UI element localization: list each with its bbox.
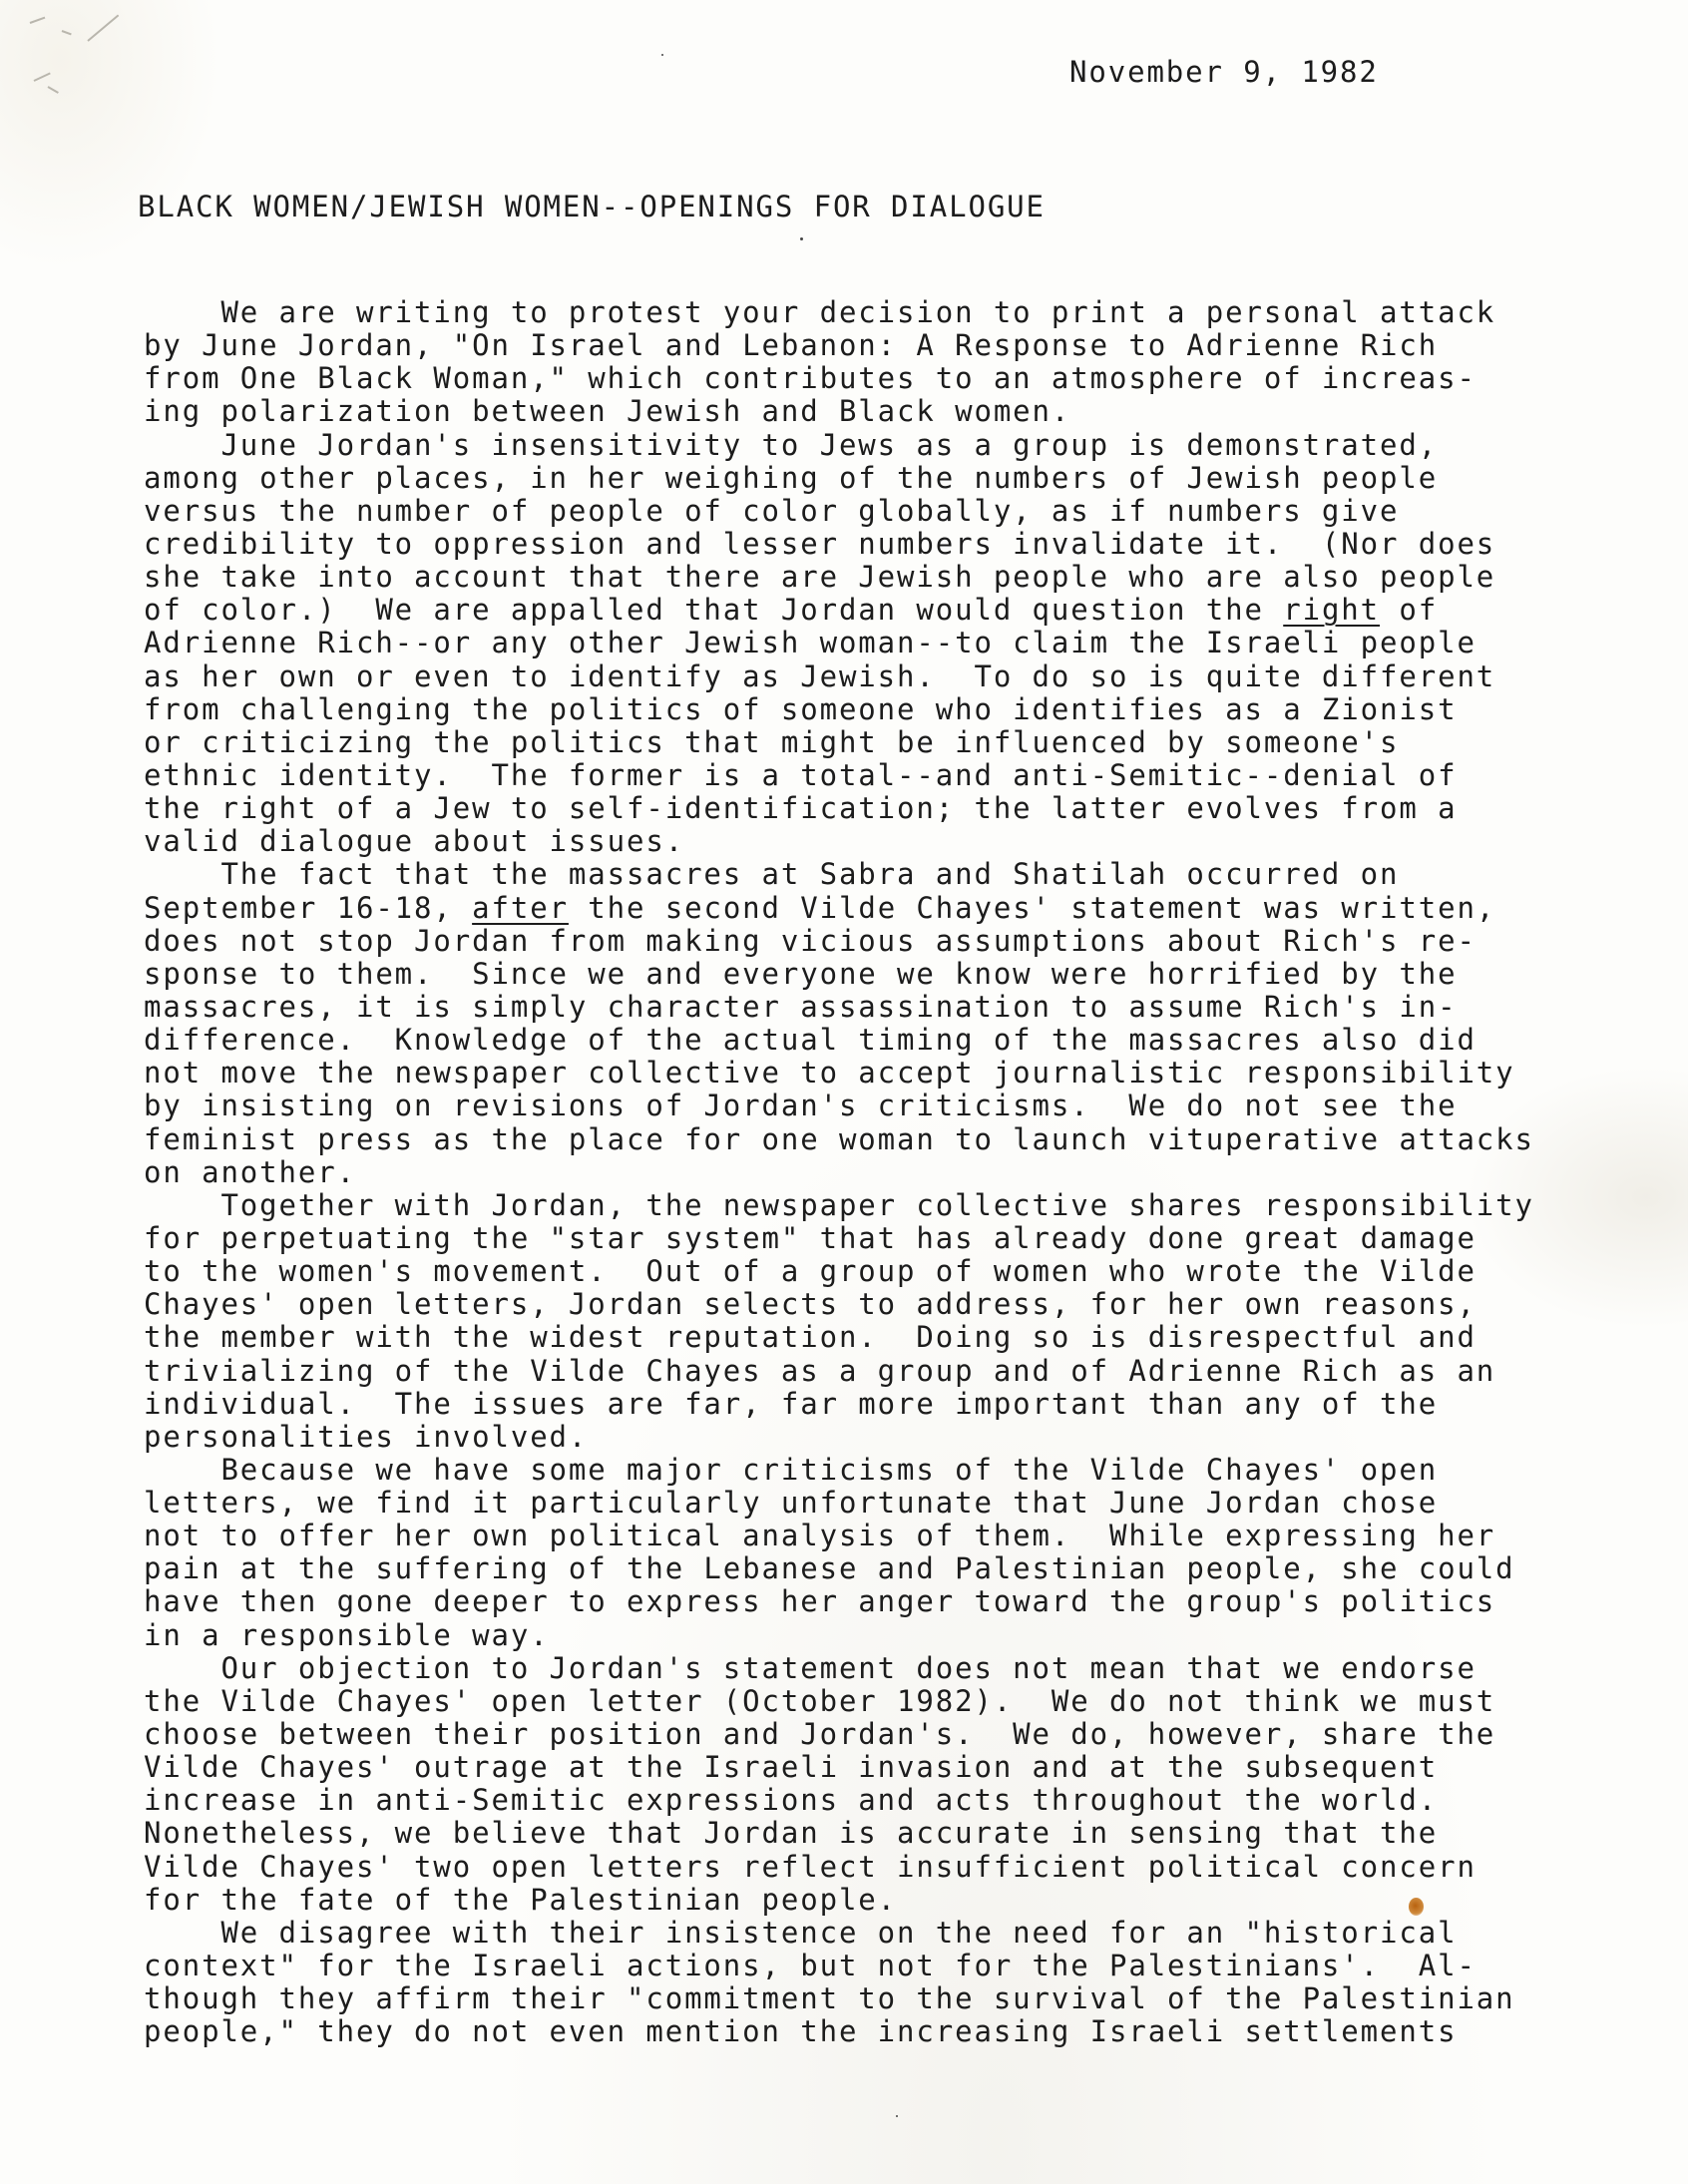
- pencil-mark: [87, 15, 119, 42]
- body-line: by June Jordan, "On Israel and Lebanon: …: [144, 329, 1534, 362]
- body-line: have then gone deeper to express her ang…: [144, 1585, 1534, 1618]
- body-line: people," they do not even mention the in…: [144, 2015, 1534, 2048]
- body-line: by insisting on revisions of Jordan's cr…: [144, 1090, 1534, 1122]
- body-line: June Jordan's insensitivity to Jews as a…: [144, 429, 1534, 462]
- body-line: ethnic identity. The former is a total--…: [144, 759, 1534, 792]
- ink-stain: [1409, 1898, 1424, 1916]
- paper-speck: [896, 2115, 898, 2117]
- body-line: does not stop Jordan from making vicious…: [144, 925, 1534, 958]
- body-line: or criticizing the politics that might b…: [144, 726, 1534, 759]
- paper-speck: [661, 54, 663, 56]
- body-line: letters, we find it particularly unfortu…: [144, 1487, 1534, 1520]
- body-line: personalities involved.: [144, 1421, 1534, 1454]
- document-title: BLACK WOMEN/JEWISH WOMEN--OPENINGS FOR D…: [138, 191, 1046, 223]
- body-line: feminist press as the place for one woma…: [144, 1123, 1534, 1156]
- body-line: not move the newspaper collective to acc…: [144, 1057, 1534, 1090]
- body-line: the member with the widest reputation. D…: [144, 1321, 1534, 1354]
- underlined-word-after: after: [472, 891, 569, 925]
- body-line: Chayes' open letters, Jordan selects to …: [144, 1288, 1534, 1321]
- body-line-underlined: September 16-18, after the second Vilde …: [144, 892, 1534, 925]
- body-line: as her own or even to identify as Jewish…: [144, 660, 1534, 693]
- body-line: Because we have some major criticisms of…: [144, 1454, 1534, 1487]
- letter-date: November 9, 1982: [1069, 56, 1379, 89]
- pencil-mark: [34, 72, 51, 81]
- body-line: Nonetheless, we believe that Jordan is a…: [144, 1817, 1534, 1850]
- paper-speck: [800, 237, 803, 240]
- body-line: among other places, in her weighing of t…: [144, 462, 1534, 495]
- body-line: for perpetuating the "star system" that …: [144, 1222, 1534, 1255]
- body-line: The fact that the massacres at Sabra and…: [144, 858, 1534, 891]
- body-line: individual. The issues are far, far more…: [144, 1388, 1534, 1421]
- body-line: context" for the Israeli actions, but no…: [144, 1950, 1534, 1982]
- body-line: pain at the suffering of the Lebanese an…: [144, 1552, 1534, 1585]
- pencil-mark: [30, 17, 46, 24]
- body-line: to the women's movement. Out of a group …: [144, 1255, 1534, 1288]
- body-line: valid dialogue about issues.: [144, 825, 1534, 858]
- pencil-mark: [62, 30, 72, 35]
- body-line: credibility to oppression and lesser num…: [144, 528, 1534, 561]
- body-line: Our objection to Jordan's statement does…: [144, 1652, 1534, 1685]
- body-line: she take into account that there are Jew…: [144, 561, 1534, 594]
- underlined-word-right: right: [1283, 593, 1380, 627]
- body-line: sponse to them. Since we and everyone we…: [144, 958, 1534, 991]
- body-line: in a responsible way.: [144, 1619, 1534, 1652]
- body-line: though they affirm their "commitment to …: [144, 1982, 1534, 2015]
- body-line: on another.: [144, 1156, 1534, 1189]
- body-line: Adrienne Rich--or any other Jewish woman…: [144, 627, 1534, 659]
- body-line: ing polarization between Jewish and Blac…: [144, 395, 1534, 428]
- body-line: massacres, it is simply character assass…: [144, 991, 1534, 1024]
- body-line: difference. Knowledge of the actual timi…: [144, 1024, 1534, 1057]
- body-line: Vilde Chayes' outrage at the Israeli inv…: [144, 1751, 1534, 1784]
- body-line-underlined: of color.) We are appalled that Jordan w…: [144, 594, 1534, 627]
- body-line: versus the number of people of color glo…: [144, 495, 1534, 528]
- body-line: from One Black Woman," which contributes…: [144, 362, 1534, 395]
- body-line: the Vilde Chayes' open letter (October 1…: [144, 1685, 1534, 1718]
- body-line: for the fate of the Palestinian people.: [144, 1884, 1534, 1917]
- body-line: Together with Jordan, the newspaper coll…: [144, 1189, 1534, 1222]
- body-line: not to offer her own political analysis …: [144, 1520, 1534, 1552]
- body-line: increase in anti-Semitic expressions and…: [144, 1784, 1534, 1817]
- body-line: We are writing to protest your decision …: [144, 296, 1534, 329]
- body-line: trivializing of the Vilde Chayes as a gr…: [144, 1355, 1534, 1388]
- letter-body: We are writing to protest your decision …: [144, 296, 1534, 2048]
- body-line: We disagree with their insistence on the…: [144, 1917, 1534, 1950]
- pencil-mark: [48, 86, 59, 94]
- body-line: choose between their position and Jordan…: [144, 1718, 1534, 1751]
- paper-page: November 9, 1982 BLACK WOMEN/JEWISH WOME…: [0, 0, 1688, 2184]
- body-line: Vilde Chayes' two open letters reflect i…: [144, 1851, 1534, 1884]
- body-line: the right of a Jew to self-identificatio…: [144, 792, 1534, 825]
- body-line: from challenging the politics of someone…: [144, 693, 1534, 726]
